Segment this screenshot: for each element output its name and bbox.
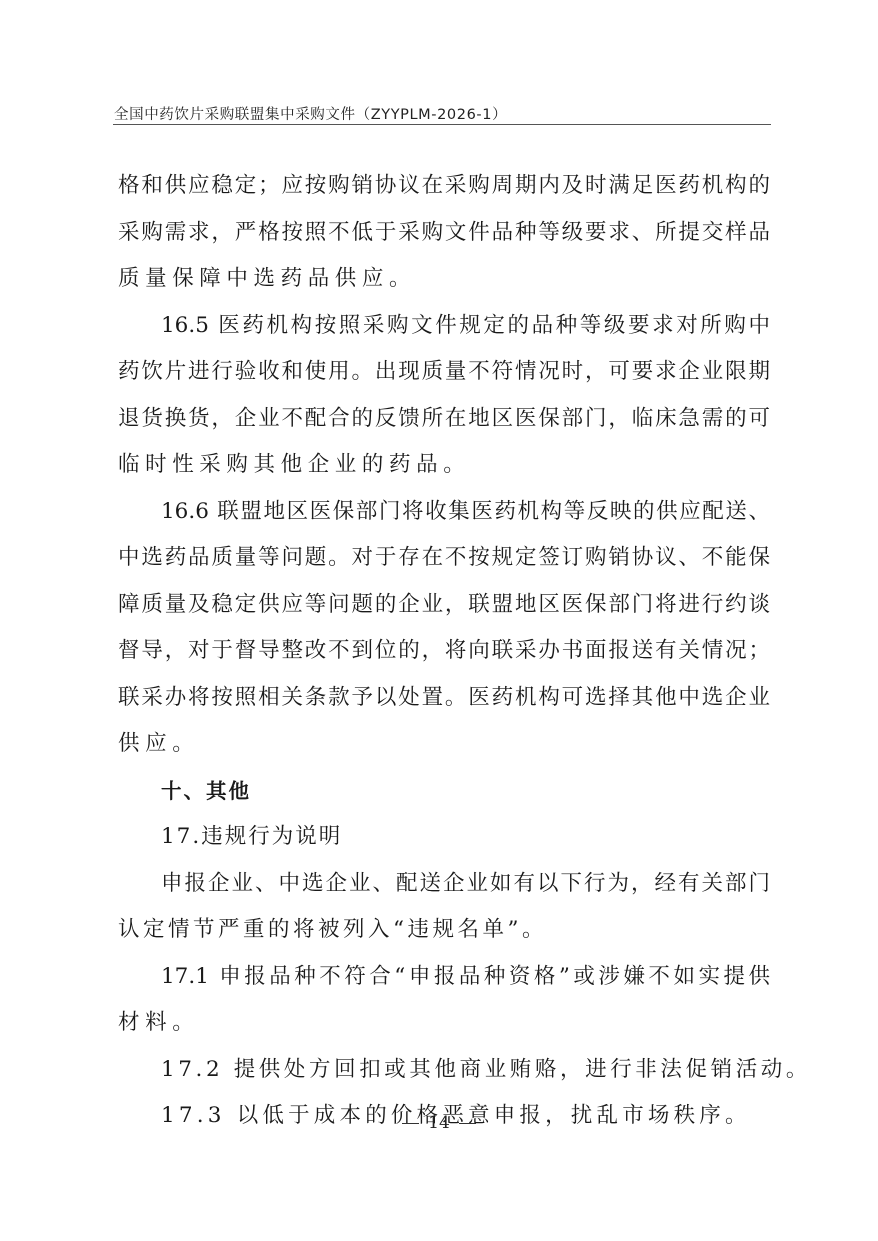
section-heading-other: 十、其他 xyxy=(118,771,770,818)
page-number: 14 xyxy=(428,1113,450,1133)
footer-dash-left xyxy=(402,1123,419,1124)
text-line: 16.6 联盟地区医保部门将收集医药机构等反映的供应配送、 xyxy=(118,492,770,539)
paragraph-continuation: 格和供应稳定；应按购销协议在采购周期内及时满足医药机构的 采购需求，严格按照不低… xyxy=(118,166,770,306)
text-line: 申报企业、中选企业、配送企业如有以下行为，经有关部门 xyxy=(118,864,770,911)
text-line: 督导，对于督导整改不到位的，将向联采办书面报送有关情况； xyxy=(118,631,770,678)
text-line: 材料。 xyxy=(118,1003,770,1050)
text-line: 障质量及稳定供应等问题的企业，联盟地区医保部门将进行约谈 xyxy=(118,585,770,632)
text-line: 采购需求，严格按照不低于采购文件品种等级要求、所提交样品 xyxy=(118,213,770,260)
paragraph-17-2: 17.2 提供处方回扣或其他商业贿赂，进行非法促销活动。 xyxy=(118,1050,770,1097)
subheading-17: 17.违规行为说明 xyxy=(118,817,770,864)
text-line: 质量保障中选药品供应。 xyxy=(118,259,770,306)
text-line: 联采办将按照相关条款予以处置。医药机构可选择其他中选企业 xyxy=(118,678,770,725)
text-line: 格和供应稳定；应按购销协议在采购周期内及时满足医药机构的 xyxy=(118,166,770,213)
text-line: 药饮片进行验收和使用。出现质量不符情况时，可要求企业限期 xyxy=(118,352,770,399)
document-body: 格和供应稳定；应按购销协议在采购周期内及时满足医药机构的 采购需求，严格按照不低… xyxy=(118,166,770,1143)
text-line: 16.5 医药机构按照采购文件规定的品种等级要求对所购中 xyxy=(118,306,770,353)
document-header-title: 全国中药饮片采购联盟集中采购文件（ZYYPLM-2026-1） xyxy=(114,103,770,124)
paragraph-16-5: 16.5 医药机构按照采购文件规定的品种等级要求对所购中 药饮片进行验收和使用。… xyxy=(118,306,770,492)
paragraph-17-1: 17.1 申报品种不符合“申报品种资格”或涉嫌不如实提供 材料。 xyxy=(118,957,770,1050)
text-line: 17.1 申报品种不符合“申报品种资格”或涉嫌不如实提供 xyxy=(118,957,770,1004)
text-line: 退货换货，企业不配合的反馈所在地区医保部门，临床急需的可 xyxy=(118,399,770,446)
text-line: 临时性采购其他企业的药品。 xyxy=(118,445,770,492)
header-divider xyxy=(113,124,771,125)
page-footer: 14 xyxy=(0,1113,878,1133)
paragraph-16-6: 16.6 联盟地区医保部门将收集医药机构等反映的供应配送、 中选药品质量等问题。… xyxy=(118,492,770,771)
paragraph-17-intro: 申报企业、中选企业、配送企业如有以下行为，经有关部门 认定情节严重的将被列入“违… xyxy=(118,864,770,957)
text-line: 供应。 xyxy=(118,724,770,771)
footer-dash-right xyxy=(459,1123,476,1124)
text-line: 中选药品质量等问题。对于存在不按规定签订购销协议、不能保 xyxy=(118,538,770,585)
text-line: 认定情节严重的将被列入“违规名单”。 xyxy=(118,910,770,957)
